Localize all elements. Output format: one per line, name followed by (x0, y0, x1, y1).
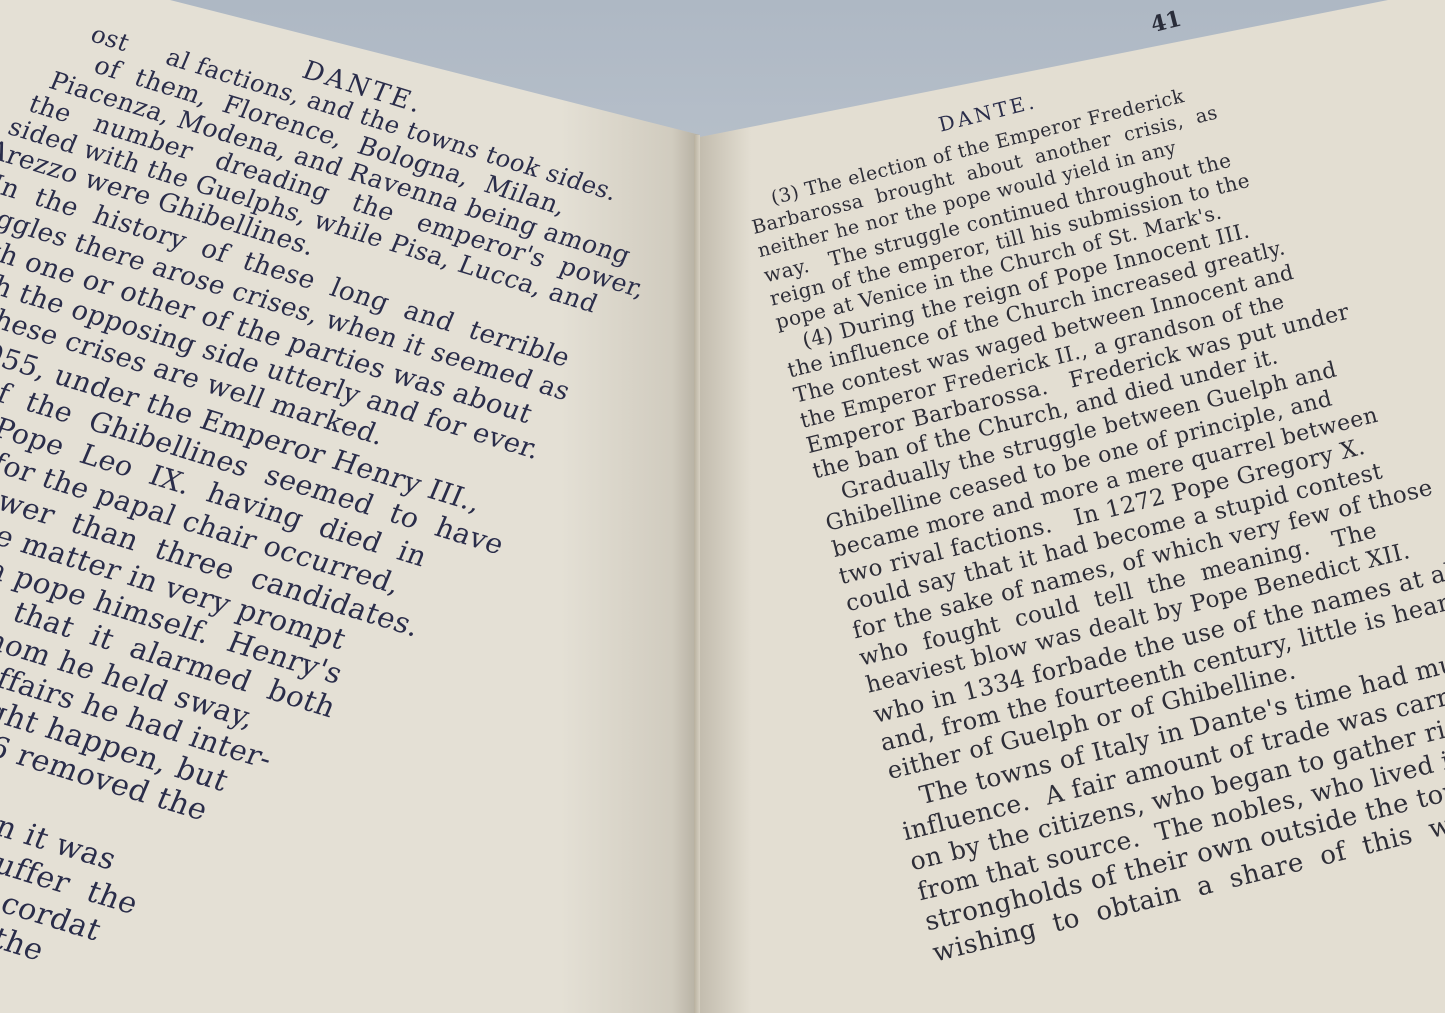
book-gutter (694, 135, 700, 1013)
